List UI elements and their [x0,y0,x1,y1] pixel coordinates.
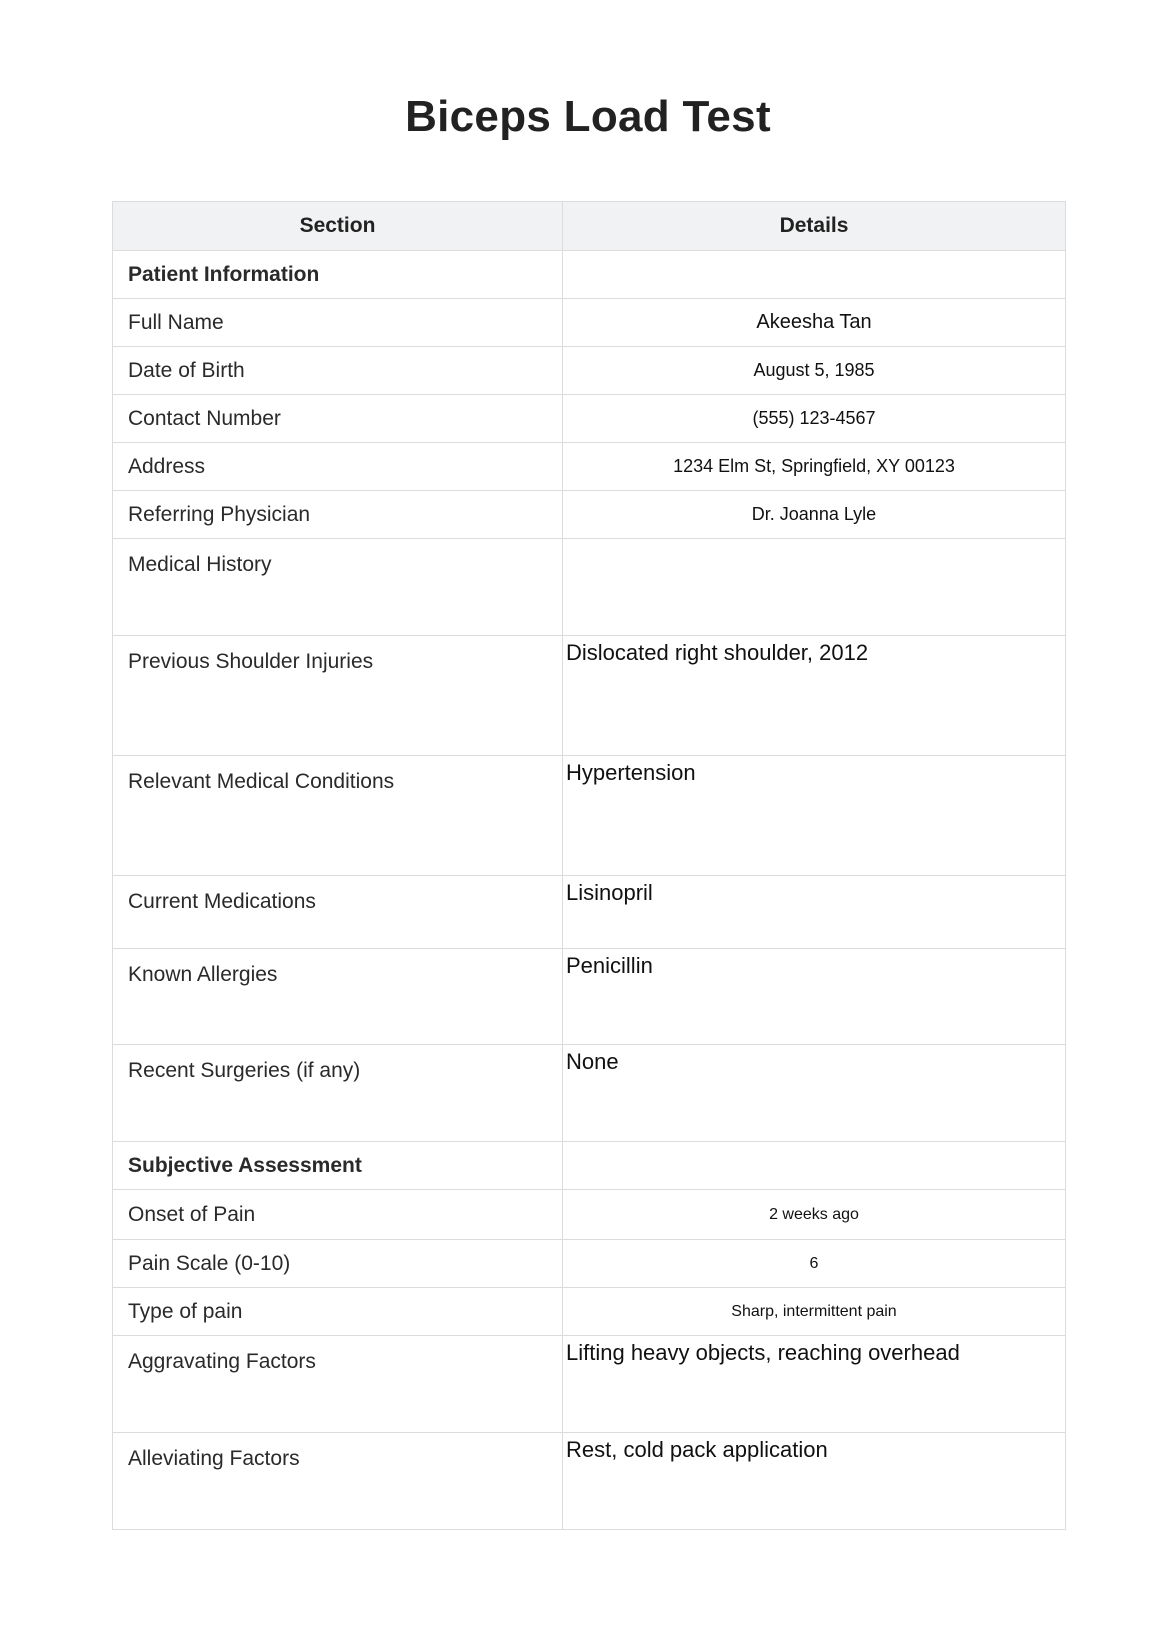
row-label: Previous Shoulder Injuries [113,636,563,756]
empty-cell [563,1142,1066,1190]
table-row: Aggravating Factors Lifting heavy object… [113,1336,1066,1433]
row-label: Alleviating Factors [113,1433,563,1530]
row-label: Current Medications [113,876,563,949]
section-heading-row: Patient Information [113,251,1066,299]
row-label: Type of pain [113,1288,563,1336]
row-value: 1234 Elm St, Springfield, XY 00123 [563,443,1066,491]
row-value: None [563,1045,1066,1142]
table-row: Referring Physician Dr. Joanna Lyle [113,491,1066,539]
empty-cell [563,251,1066,299]
row-label: Recent Surgeries (if any) [113,1045,563,1142]
table-header-row: Section Details [113,202,1066,251]
section-heading-row: Medical History [113,539,1066,636]
row-label: Relevant Medical Conditions [113,756,563,876]
table-row: Current Medications Lisinopril [113,876,1066,949]
table-row: Known Allergies Penicillin [113,949,1066,1045]
row-value: (555) 123-4567 [563,395,1066,443]
header-details: Details [563,202,1066,251]
row-value: Dislocated right shoulder, 2012 [563,636,1066,756]
table-row: Contact Number (555) 123-4567 [113,395,1066,443]
row-label: Pain Scale (0-10) [113,1240,563,1288]
row-label: Full Name [113,299,563,347]
row-label: Contact Number [113,395,563,443]
row-value: 6 [563,1240,1066,1288]
section-heading-patient-information: Patient Information [113,251,563,299]
row-value: Dr. Joanna Lyle [563,491,1066,539]
empty-cell [563,539,1066,636]
table-row: Date of Birth August 5, 1985 [113,347,1066,395]
row-label: Referring Physician [113,491,563,539]
header-section: Section [113,202,563,251]
table-row: Previous Shoulder Injuries Dislocated ri… [113,636,1066,756]
row-value: August 5, 1985 [563,347,1066,395]
table-row: Onset of Pain 2 weeks ago [113,1190,1066,1240]
row-value: Sharp, intermittent pain [563,1288,1066,1336]
row-value: Lifting heavy objects, reaching overhead [563,1336,1066,1433]
row-value: Rest, cold pack application [563,1433,1066,1530]
row-label: Date of Birth [113,347,563,395]
section-heading-medical-history: Medical History [113,539,563,636]
section-heading-subjective-assessment: Subjective Assessment [113,1142,563,1190]
table-row: Address 1234 Elm St, Springfield, XY 001… [113,443,1066,491]
row-label: Aggravating Factors [113,1336,563,1433]
row-value: Akeesha Tan [563,299,1066,347]
row-value: Penicillin [563,949,1066,1045]
row-label: Onset of Pain [113,1190,563,1240]
row-value: Hypertension [563,756,1066,876]
table-row: Relevant Medical Conditions Hypertension [113,756,1066,876]
row-value: 2 weeks ago [563,1190,1066,1240]
table-row: Pain Scale (0-10) 6 [113,1240,1066,1288]
page-title: Biceps Load Test [0,92,1176,142]
section-heading-row: Subjective Assessment [113,1142,1066,1190]
row-label: Address [113,443,563,491]
table-row: Alleviating Factors Rest, cold pack appl… [113,1433,1066,1530]
row-value: Lisinopril [563,876,1066,949]
table-row: Type of pain Sharp, intermittent pain [113,1288,1066,1336]
table-row: Full Name Akeesha Tan [113,299,1066,347]
row-label: Known Allergies [113,949,563,1045]
assessment-table: Section Details Patient Information Full… [112,201,1066,1530]
table-row: Recent Surgeries (if any) None [113,1045,1066,1142]
